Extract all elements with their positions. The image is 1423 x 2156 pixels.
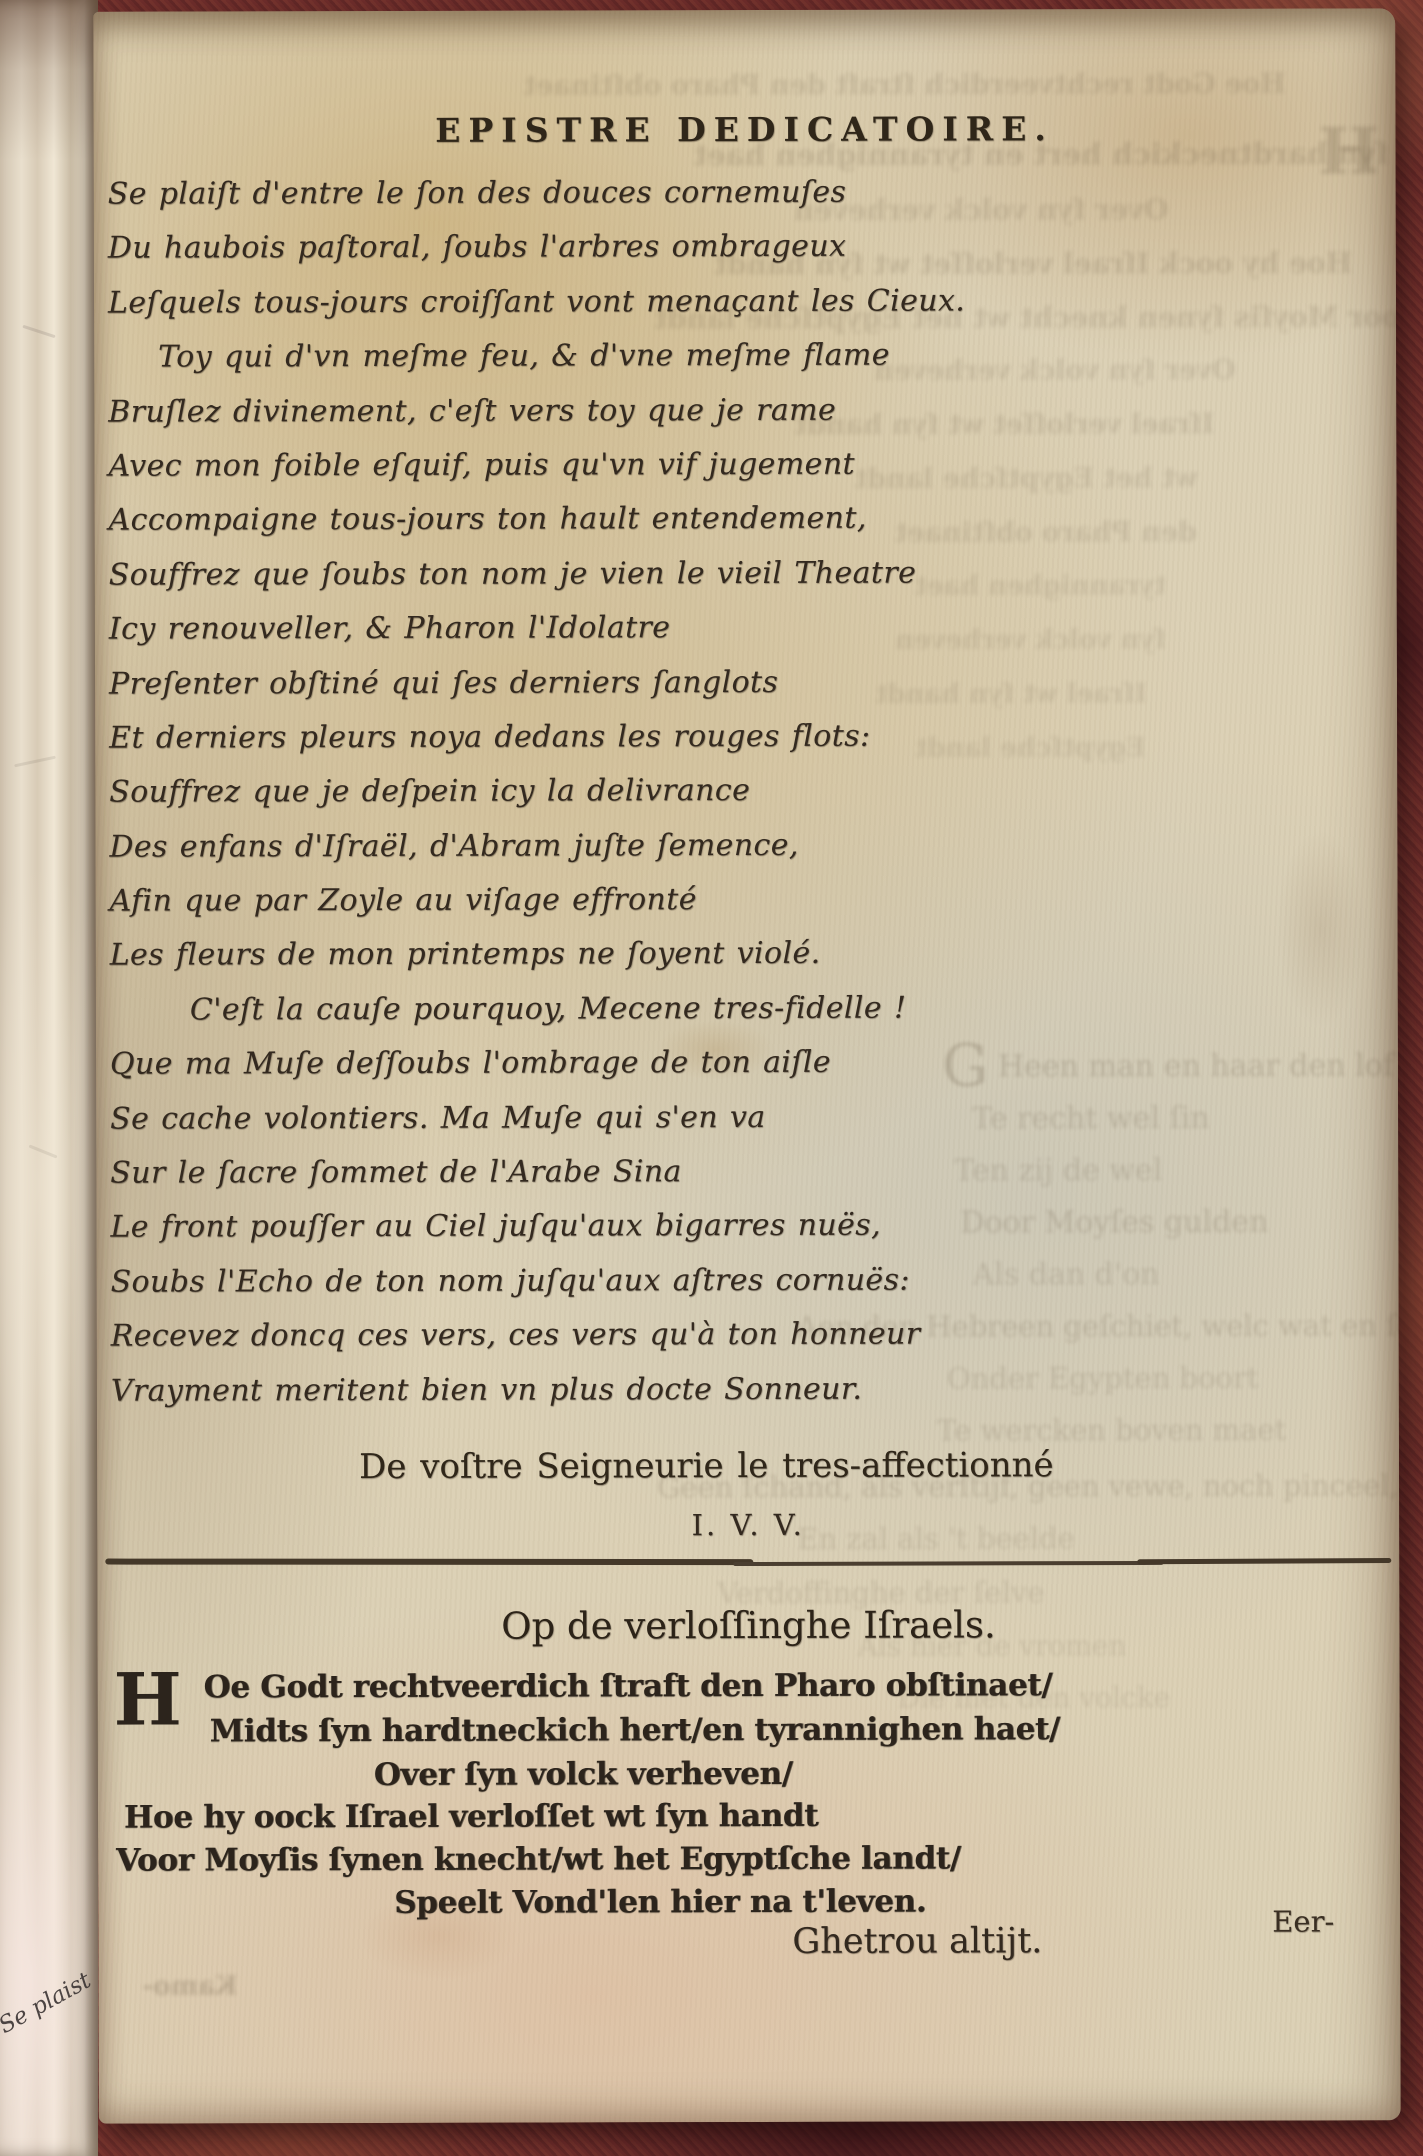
verse-line: Du haubois paſtoral, ſoubs l'arbres ombr…	[108, 219, 1268, 276]
catchword: Eer-	[1272, 1904, 1334, 1938]
paper-stain	[1275, 828, 1366, 1028]
verse-line: Les fleurs de mon printemps ne ſoyent vi…	[110, 926, 1270, 983]
verse-line: Sur le ſacre ſommet de l'Arabe Sina	[110, 1144, 1270, 1201]
verse-line: Afin que par Zoyle au viſage effronté	[109, 872, 1269, 929]
horizontal-rule	[105, 1559, 753, 1566]
show-through-catchword: Kamo-	[142, 1971, 237, 2001]
dutch-section-title: Op de verloſſinghe Iſraels.	[97, 1602, 1399, 1648]
verse-line: Des enfans d'Iſraël, d'Abram juſte ſemen…	[109, 817, 1269, 874]
show-through-line: Te wercken boven maet	[937, 1413, 1286, 1448]
verse-line: Preſenter obſtiné qui ſes derniers ſangl…	[109, 654, 1269, 711]
blackletter-line: Speelt Vond'len hier na t'leven.	[394, 1884, 926, 1921]
fore-edge-ink-mark	[14, 756, 56, 768]
verse-line: Icy renouveller, & Pharon l'Idolatre	[109, 600, 1269, 657]
blackletter-line: Midts ſyn hardtneckich hert/en tyrannigh…	[210, 1711, 1060, 1749]
verse-line: Toy qui d'vn meſme feu, & d'vne meſme fl…	[108, 328, 1268, 385]
verse-line: Souffrez que je deſpein icy la delivranc…	[109, 763, 1269, 820]
verse-line: Que ma Muſe deſſoubs l'ombrage de ton ai…	[110, 1035, 1270, 1092]
dedication-signature: De voſtre Seigneurie le tres-affectionné	[359, 1445, 1054, 1487]
verse-line: Vrayment meritent bien vn plus docte Son…	[111, 1361, 1271, 1418]
book-fore-edge-pages: Se plaist	[0, 0, 98, 2156]
horizontal-rule	[1137, 1558, 1391, 1564]
verse-line: Bruſlez divinement, c'eſt vers toy que j…	[108, 382, 1268, 439]
verse-line: Accompaigne tous-jours ton hault entende…	[109, 491, 1269, 548]
blackletter-line: Over ſyn volck verheven/	[374, 1756, 793, 1793]
fore-edge-ink-mark	[22, 325, 55, 338]
verse-line: Se plaiſt d'entre le ſon des douces corn…	[108, 165, 1268, 222]
french-poem: Se plaiſt d'entre le ſon des douces corn…	[108, 165, 1271, 1419]
drop-cap-initial: H	[114, 1663, 182, 1735]
verse-line: Souffrez que ſoubs ton nom je vien le vi…	[109, 545, 1269, 602]
horizontal-rule	[733, 1561, 1163, 1566]
blackletter-line: Hoe hy oock Iſrael verloſſet wt ſyn hand…	[124, 1798, 818, 1836]
verse-line: Recevez doncq ces vers, ces vers qu'à to…	[111, 1307, 1271, 1364]
verse-line: C'eſt la cauſe pourquoy, Mecene tres-fid…	[110, 980, 1270, 1037]
fore-edge-catchword: Se plaist	[0, 1963, 103, 2039]
verse-line: Avec mon foible eſquif, puis qu'vn vif j…	[108, 437, 1268, 494]
book-page: Hoe Godt rechtveerdich ſtraft den Pharo …	[93, 8, 1401, 2123]
author-initials: I. V. V.	[97, 1506, 1399, 1543]
blackletter-line: Oe Godt rechtveerdich ſtraft den Pharo o…	[204, 1667, 1053, 1705]
verse-line: Se cache volontiers. Ma Muſe qui s'en va	[110, 1089, 1270, 1146]
fore-edge-ink-mark	[29, 1144, 58, 1158]
verse-line: Et derniers pleurs noya dedans les rouge…	[109, 709, 1269, 766]
blackletter-line: Voor Moyſis ſynen knecht/wt het Egyptſch…	[116, 1840, 961, 1878]
verse-line: Leſquels tous-jours croiſſant vont menaç…	[108, 273, 1268, 330]
page-header: EPISTRE DEDICATOIRE.	[93, 108, 1395, 150]
photo-of-open-book: { "page": { "header": "EPISTRE DEDICATOI…	[0, 0, 1423, 2156]
verse-line: Soubs l'Echo de ton nom juſqu'aux aſtres…	[110, 1252, 1270, 1309]
show-through-line: Hoe Godt rechtveerdich ſtraft den Pharo …	[523, 69, 1285, 102]
verse-line: Le front pouſſer au Ciel juſqu'aux bigar…	[110, 1198, 1270, 1255]
motto-line: Ghetrou altijt.	[792, 1921, 1042, 1962]
